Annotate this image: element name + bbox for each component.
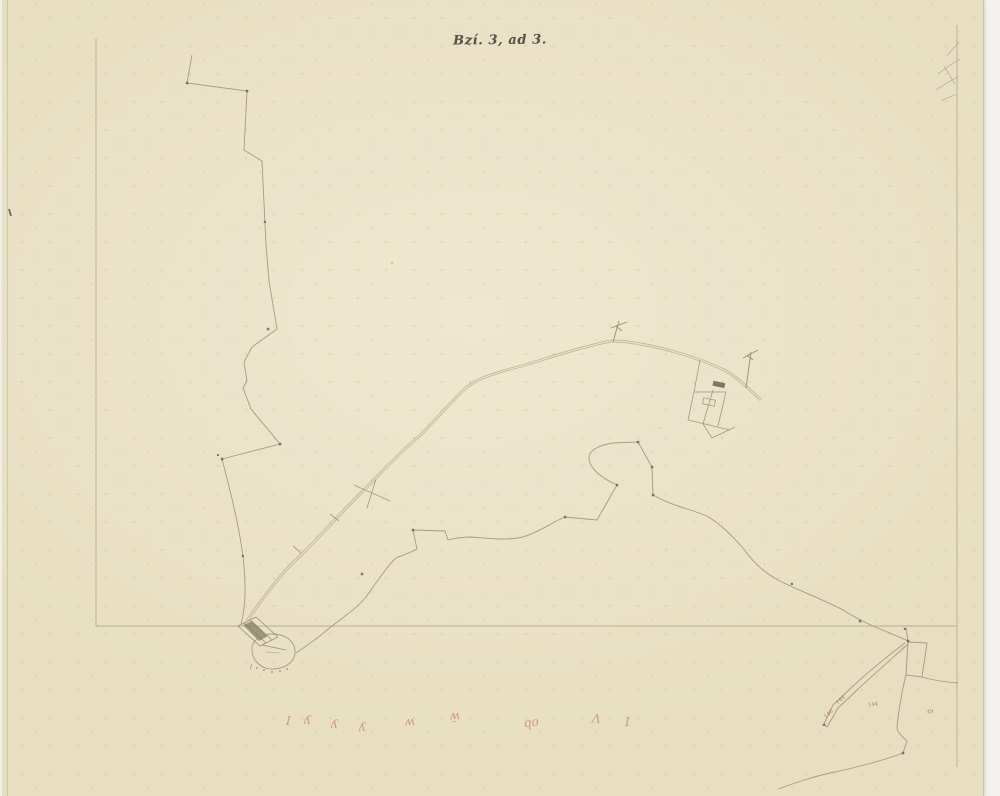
parcel-boundary-south [296,442,908,653]
red-pencil-mark: V [592,712,601,724]
west-boundary-line [187,55,280,624]
vertex-markers [186,82,910,755]
road-cross-ticks [293,479,390,553]
red-pencil-mark: y [359,723,366,735]
red-pencil-mark: ẅ [450,711,461,724]
red-pencil-mark: y [304,716,311,728]
red-pencil-mark: I [625,715,630,727]
scan-background: Bzí. 3, ad 3. [0,0,1000,796]
sheet-frame-border [96,25,957,767]
parcel-number: 49 [927,710,935,716]
red-pencil-mark: ob [523,717,539,731]
farmstead-buildings [238,617,286,650]
red-pencil-mark: y [331,720,338,732]
red-pencil-mark: w [405,717,416,730]
map-drawing [0,0,1000,796]
stray-marks [9,209,661,429]
corner-scribbles [936,42,960,101]
road-path [247,341,761,621]
